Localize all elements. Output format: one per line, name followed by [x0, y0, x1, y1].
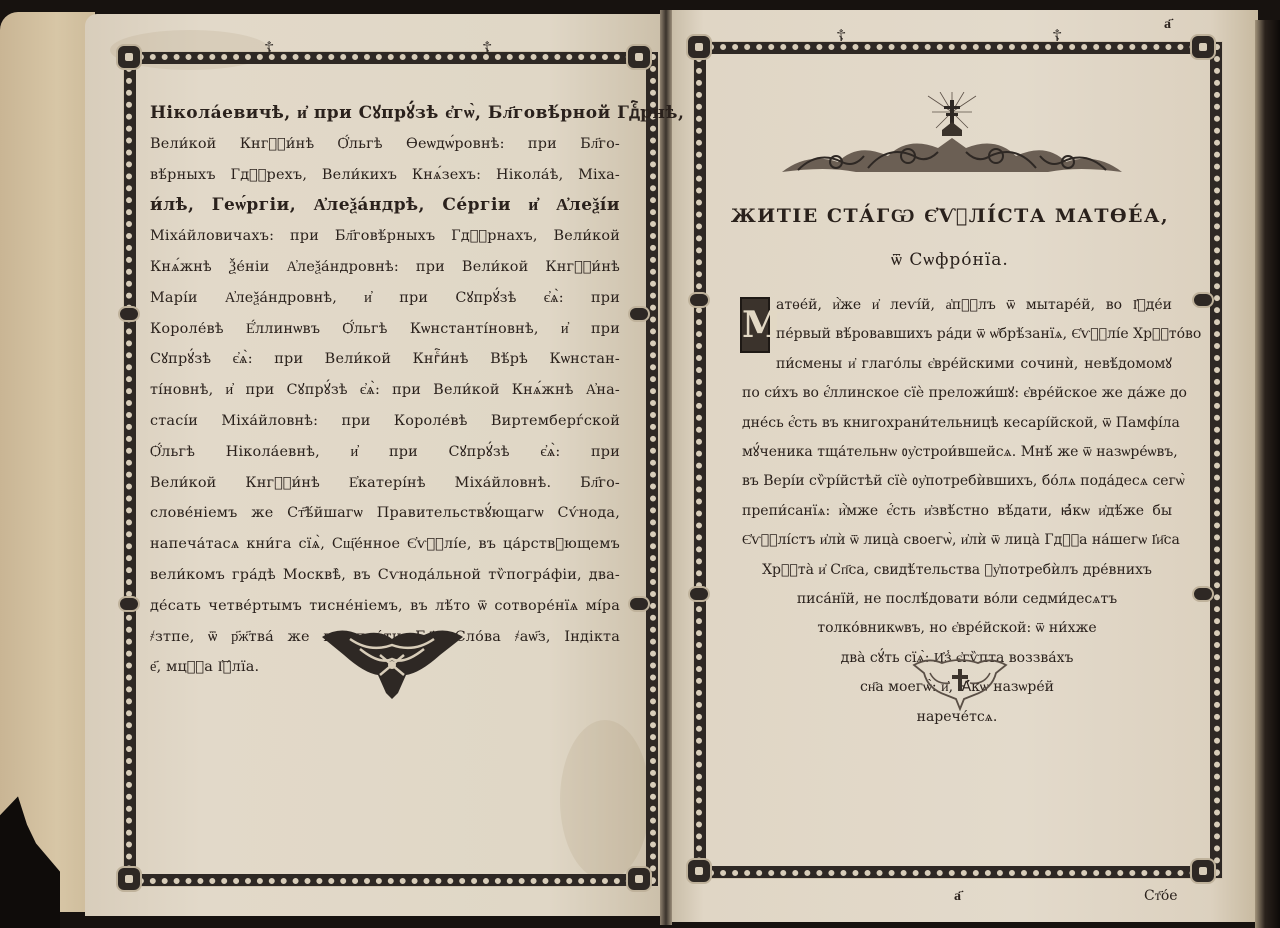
back-cover-edge [0, 12, 95, 912]
text-line: мꙋ́ченика тща́тельнѡ ᲂу҆строи́вшейсѧ. Мн… [742, 438, 1172, 467]
frame-side-knot-icon [1192, 292, 1214, 308]
text-line: и́лѣ, Геѡ́ргіи, А҆леѯа́ндрѣ, Се́ргіи и҆ … [150, 190, 620, 221]
catchword: Ст҃о́е [1144, 888, 1178, 905]
cross-icon: ☦ [482, 40, 492, 56]
text-line: вѣ́рныхъ Гдⷭ҇рехъ, Вели́кихъ Кнѧ́зехъ: Н… [150, 160, 620, 191]
text-line: Міха́йловичахъ: при Бл҃говѣ́рныхъ Гдⷭ҇рн… [150, 221, 620, 252]
text-line: въ Вері́и сѷрі́йстѣй сїѐ ᲂу҆потребѝвшихъ… [742, 467, 1172, 496]
frame-side-knot-icon [118, 306, 140, 322]
text-line: вели́комъ гра́дѣ Москвѣ̀, въ Сѵнода́льно… [150, 560, 620, 591]
text-line: Сꙋпрꙋ́зѣ є҆ѧ̀: при Вели́кой Кнгⷭ҇и́нѣ Вѣ… [150, 344, 620, 375]
text-line: слове́ніемъ же Ст҃ѣ́йшагѡ Правительствꙋ́… [150, 498, 620, 529]
frame-corner-knot-icon [686, 858, 712, 884]
text-line: Марі́и А҆леѯа́ндровнѣ, и҆ при Сꙋпрꙋ́зѣ є… [150, 283, 620, 314]
text-line: толко́вникѡвъ, но є҆вре́йской: ѿ ни́хже [742, 614, 1172, 643]
text-line: дне́сь є҆́сть въ книгохрани́тельницѣ кес… [742, 409, 1172, 438]
frame-side-knot-icon [628, 596, 650, 612]
book-gutter [660, 10, 672, 925]
text-line: де́сать четве́ртымъ тисне́ніемъ, въ лѣ́т… [150, 591, 620, 622]
cross-tailpiece-icon [912, 655, 1008, 711]
page-edge-shadow [1255, 20, 1280, 928]
text-line: атѳе́й, и҆̀же и҆ леѵі́й, а҆пⷭ҇лъ ѿ мытар… [742, 291, 1172, 320]
foliate-headpiece-icon [778, 92, 1126, 180]
text-line: Хрⷭ҇та̀ и҆ Сп҃са, свидѣ́тельства ᲂу҆потр… [742, 556, 1172, 585]
text-line: ті́новнѣ, и҆ при Сꙋпрꙋ́зѣ є҆ѧ̀: при Вели… [150, 375, 620, 406]
text-line: препи́санїѧ: и҆̀мже є҆́сть и҆звѣ́стно вѣ… [742, 497, 1172, 526]
frame-side-knot-icon [628, 306, 650, 322]
chapter-subtitle: ѿ Сѡфро́нїа. [700, 250, 1200, 270]
frame-side-knot-icon [688, 292, 710, 308]
cross-icon: ☦ [836, 28, 846, 44]
interlace-ornament-icon [320, 625, 465, 700]
text-line: Вели́кой Кнгⷭ҇и́нѣ Е҆катері́нѣ Міха́йлов… [150, 468, 620, 499]
cross-icon: ☦ [1052, 28, 1062, 44]
text-line: стасі́и Міха́йловнѣ: при Короле́вѣ Вирте… [150, 406, 620, 437]
text-line: по си́хъ во є҆́ллинское сїѐ преложи́шꙋ: … [742, 379, 1172, 408]
chapter-title: ЖИТІЕ СТА́ГѠ Є҆ѴⷢЛІ́СТА МАТѲЕ́А, [700, 205, 1200, 228]
text-line: Є҆ѵⷢ҇лі́стъ и҆лѝ ѿ лица̀ своегѡ̀, и҆лѝ ѿ… [742, 526, 1172, 555]
cross-icon: ☦ [264, 40, 274, 56]
frame-corner-knot-icon [626, 866, 652, 892]
frame-corner-knot-icon [686, 34, 712, 60]
text-line: Кнѧ́жнѣ Ѯе́ніи А҆леѯа́ндровнѣ: при Вели́… [150, 252, 620, 283]
frame-corner-knot-icon [1190, 858, 1216, 884]
text-line: Нікола́евичѣ, и҆ при Сꙋпрꙋ́зѣ є҆гѡ̀, Бл҃… [150, 98, 620, 129]
frame-side-knot-icon [118, 596, 140, 612]
text-line: писа́нїй, не послѣ́довати во́ли седми́де… [742, 585, 1172, 614]
text-line: Ѻ҆́льгѣ Нікола́евнѣ, и҆ при Сꙋпрꙋ́зѣ є҆ѧ… [150, 437, 620, 468]
frame-side-knot-icon [688, 586, 710, 602]
frame-corner-knot-icon [116, 44, 142, 70]
text-line: Короле́вѣ Е҆́ллинѡвъ Ѻ҆́льгѣ Кѡнстанті́н… [150, 314, 620, 345]
text-line: напеча́тасѧ кни́га сїѧ̀, Сщ҃е́нное Є҆ѵⷢ҇… [150, 529, 620, 560]
frame-corner-knot-icon [116, 866, 142, 892]
page-number-bottom: а҃ [954, 888, 961, 905]
frame-corner-knot-icon [626, 44, 652, 70]
text-line: пи́смены и҆ глаго́лы є҆вре́йскими сочинѝ… [742, 350, 1172, 379]
text-line: Вели́кой Кнгⷭ҇и́нѣ Ѻ҆́льгѣ Ѳеѡдѡ́ровнѣ: … [150, 129, 620, 160]
left-page-colophon-text: Нікола́евичѣ, и҆ при Сꙋпрꙋ́зѣ є҆гѡ̀, Бл҃… [150, 98, 620, 683]
text-line: пе́рвый вѣ́ровавшихъ ра́ди ѿ ѡ҆брѣ́занїѧ… [742, 320, 1172, 349]
frame-side-knot-icon [1192, 586, 1214, 602]
page-number-top: а҃ [1164, 16, 1171, 33]
frame-corner-knot-icon [1190, 34, 1216, 60]
